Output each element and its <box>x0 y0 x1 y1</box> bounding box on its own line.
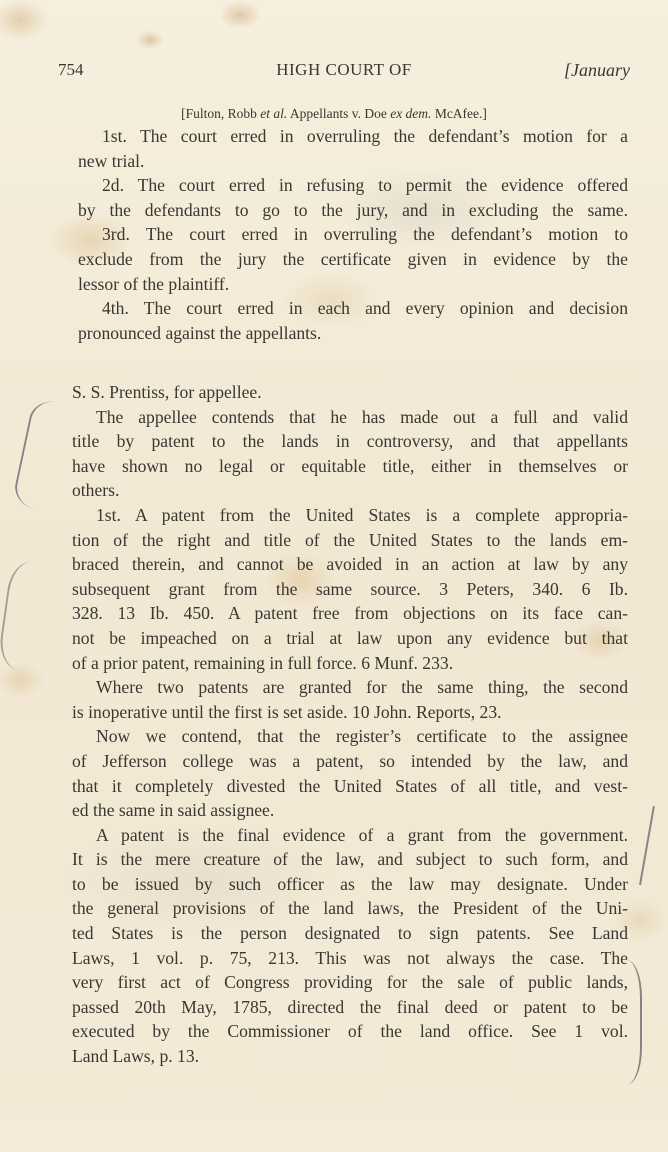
text-line: new trial. <box>54 149 628 174</box>
text-line: Where two patents are granted for the sa… <box>48 675 628 700</box>
text-line: is inoperative until the first is set as… <box>48 700 628 725</box>
error-1: 1st. The court erred in overruling the d… <box>54 124 628 173</box>
text-line: 1st. A patent from the United States is … <box>48 503 628 528</box>
text-line: by the defendants to go to the jury, and… <box>54 198 628 223</box>
text-line: ed the same in said assignee. <box>48 798 628 823</box>
text-line: of Jefferson college was a patent, so in… <box>48 749 628 774</box>
text-line: 3rd. The court erred in overruling the d… <box>54 222 628 247</box>
text-line: ted States is the person designated to s… <box>48 921 628 946</box>
text-line: to be issued by such officer as the law … <box>48 872 628 897</box>
caption-suffix: McAfee.] <box>431 106 486 121</box>
error-2: 2d. The court erred in refusing to permi… <box>54 173 628 222</box>
caption-prefix: [Fulton, Robb <box>181 106 260 121</box>
text-line: 1st. The court erred in overruling the d… <box>54 124 628 149</box>
text-line: Land Laws, p. 13. <box>48 1044 628 1069</box>
text-line: The appellee contends that he has made o… <box>48 405 628 430</box>
text-line: not be impeached on a trial at law upon … <box>48 626 628 651</box>
text-line: It is the mere creature of the law, and … <box>48 847 628 872</box>
text-line: others. <box>48 478 628 503</box>
text-line: A patent is the final evidence of a gran… <box>48 823 628 848</box>
running-date: [January <box>564 60 630 81</box>
pencil-bracket-mark-icon <box>620 960 642 1085</box>
text-line: Laws, 1 vol. p. 75, 213. This was not al… <box>48 946 628 971</box>
text-line: very first act of Congress providing for… <box>48 970 628 995</box>
running-header: 754 HIGH COURT OF [January <box>58 60 630 88</box>
pencil-margin-mark-icon <box>633 805 655 885</box>
text-line: of a prior patent, remaining in full for… <box>48 651 628 676</box>
pencil-margin-mark-icon <box>0 558 43 671</box>
error-4: 4th. The court erred in each and every o… <box>54 296 628 345</box>
text-line: tion of the right and title of the Unite… <box>48 528 628 553</box>
error-3: 3rd. The court erred in overruling the d… <box>54 222 628 296</box>
text-line: have shown no legal or equitable title, … <box>48 454 628 479</box>
text-line: subsequent grant from the same source. 3… <box>48 577 628 602</box>
caption-et-al: et al. <box>260 106 287 121</box>
assignment-of-errors: 1st. The court erred in overruling the d… <box>54 124 628 345</box>
text-line: pronounced against the appellants. <box>54 321 628 346</box>
text-line: title by patent to the lands in controve… <box>48 429 628 454</box>
case-caption: [Fulton, Robb et al. Appellants v. Doe e… <box>0 106 668 122</box>
appellee-paragraph-1: The appellee contends that he has made o… <box>48 405 628 503</box>
caption-middle: Appellants v. Doe <box>287 106 390 121</box>
counsel-line: S. S. Prentiss, for appellee. <box>48 380 628 405</box>
running-title: HIGH COURT OF <box>58 60 630 80</box>
appellee-argument: S. S. Prentiss, for appellee. The appell… <box>48 380 628 1069</box>
text-line: 2d. The court erred in refusing to permi… <box>54 173 628 198</box>
text-line: that it completely divested the United S… <box>48 774 628 799</box>
text-line: Now we contend, that the register’s cert… <box>48 724 628 749</box>
appellee-paragraph-2: 1st. A patent from the United States is … <box>48 503 628 675</box>
text-line: the general provisions of the land laws,… <box>48 896 628 921</box>
text-line: passed 20th May, 1785, directed the fina… <box>48 995 628 1020</box>
scanned-page: 754 HIGH COURT OF [January [Fulton, Robb… <box>0 0 668 1152</box>
appellee-paragraph-4: Now we contend, that the register’s cert… <box>48 724 628 822</box>
text-line: exclude from the jury the certificate gi… <box>54 247 628 272</box>
appellee-paragraph-5: A patent is the final evidence of a gran… <box>48 823 628 1069</box>
text-line: lessor of the plaintiff. <box>54 272 628 297</box>
text-line: 328. 13 Ib. 450. A patent free from obje… <box>48 601 628 626</box>
text-line: braced therein, and cannot be avoided in… <box>48 552 628 577</box>
text-line: executed by the Commissioner of the land… <box>48 1019 628 1044</box>
text-line: 4th. The court erred in each and every o… <box>54 296 628 321</box>
caption-ex-dem: ex dem. <box>390 106 431 121</box>
appellee-paragraph-3: Where two patents are granted for the sa… <box>48 675 628 724</box>
